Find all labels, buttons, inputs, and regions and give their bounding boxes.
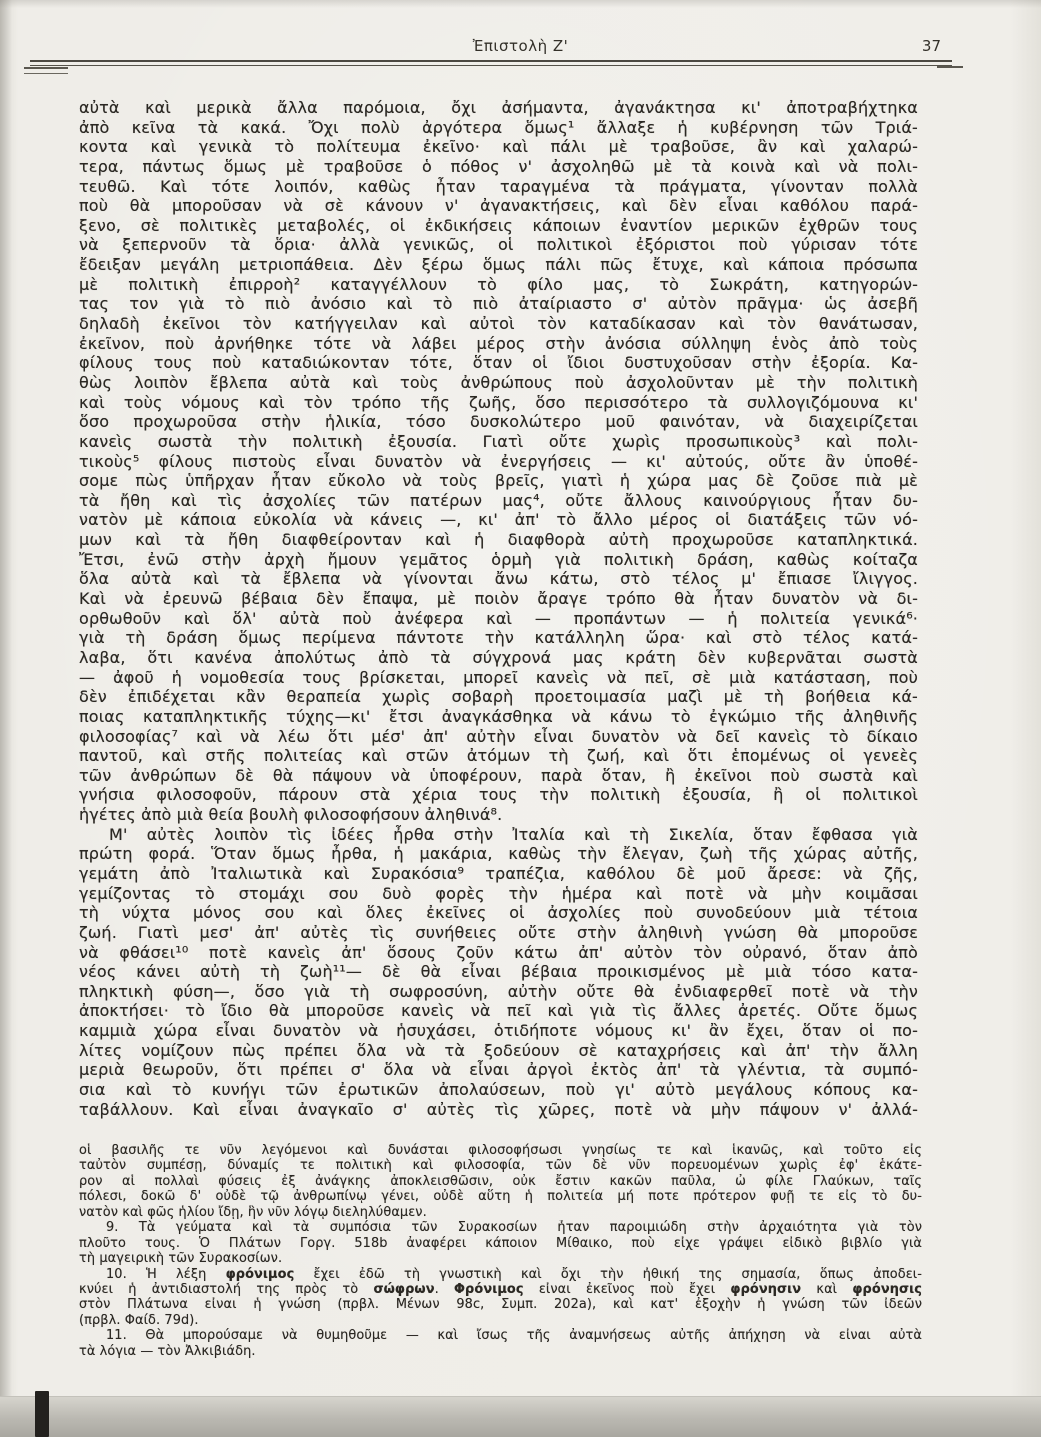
text-line: σομε πὼς ὑπῆρχαν ἦταν εὔκολο νὰ τοὺς βρε… bbox=[79, 471, 918, 491]
text-line: ἡγέτες ἀπὸ μιὰ θεία βουλὴ φιλοσοφήσουν ἀ… bbox=[79, 805, 918, 825]
text-line: ἀποκτήσει· τὸ ἴδιο θὰ μποροῦσε κανεὶς νὰ… bbox=[79, 1001, 918, 1021]
text-line: τὴ νύχτα μόνος σου καὶ ὅλες ἐκεῖνες οἱ ἀ… bbox=[79, 903, 918, 923]
text-line: μεριὰ θεωροῦν, ὅτι πρέπει σ' ὅλα νὰ εἶνα… bbox=[79, 1060, 918, 1080]
text-line: αὐτὰ καὶ μερικὰ ἄλλα παρόμοια, ὄχι ἀσήμα… bbox=[79, 98, 918, 118]
text-line: 11. Θὰ μπορούσαμε νὰ θυμηθοῦμε — καὶ ἴσω… bbox=[79, 1328, 922, 1343]
text-line: ταὐτὸν συμπέσῃ, δύναμίς τε πολιτικὴ καὶ … bbox=[79, 1158, 922, 1173]
text-line: σια καὶ τὸ κυνήγι τῶν ἐρωτικῶν ἀπολαύσεω… bbox=[79, 1080, 918, 1100]
text-line: 10. Ἡ λέξη φρόνιμος ἔχει ἐδῶ τὴ γνωστικὴ… bbox=[79, 1267, 922, 1282]
text-line: κνύει ἡ ἀντιδιαστολή της πρὸς τὸ σώφρων.… bbox=[79, 1282, 922, 1297]
text-line: παντοῦ, καὶ στῆς πολιτείας καὶ στῶν ἀτόμ… bbox=[79, 746, 918, 766]
text-line: 9. Τὰ γεύματα καὶ τὰ συμπόσια τῶν Συρακο… bbox=[79, 1220, 922, 1235]
text-line: ρον αἱ πολλαὶ φύσεις ἐξ ἀνάγκης ἀποκλεισ… bbox=[79, 1174, 922, 1189]
scan-left-shadow bbox=[0, 0, 12, 1437]
text-line: γεμίζοντας τὸ στομάχι σου δυὸ φορὲς τὴν … bbox=[79, 884, 918, 904]
text-line: (πρβλ. Φαίδ. 79d). bbox=[79, 1313, 922, 1328]
text-line: ορθωθοῦν καὶ ὅλ' αὐτὰ ποὺ ἀνέφερα καὶ — … bbox=[79, 609, 918, 629]
text-line: γνήσια φιλοσοφοῦν, πάρουν στὰ χέρια τους… bbox=[79, 785, 918, 805]
text-line: — ἀφοῦ ἡ νομοθεσία τους βρίσκεται, μπορε… bbox=[79, 668, 918, 688]
text-line: τὰ λόγια — τὸν Ἀλκιβιάδη. bbox=[79, 1344, 922, 1359]
text-line: στὸν Πλάτωνα εἶναι ἡ γνώση (πρβλ. Μένων … bbox=[79, 1297, 922, 1312]
text-line: πόλεσι, δοκῶ δ' οὐδὲ τῷ ἀνθρωπίνῳ γένει,… bbox=[79, 1189, 922, 1204]
text-line: Ἔτσι, ἐνῶ στὴν ἀρχὴ ἤμουν γεμᾶτος ὁρμὴ γ… bbox=[79, 550, 918, 570]
text-line: οἱ βασιλῆς τε νῦν λεγόμενοι καὶ δυνάσται… bbox=[79, 1143, 922, 1158]
text-line: κοντα καὶ γενικὰ τὸ πολίτευμα ἐκεῖνο· κα… bbox=[79, 137, 918, 157]
scanned-book-page: Ἐπιστολὴ Ζ' 37 αὐτὰ καὶ μερικὰ ἄλλα παρό… bbox=[0, 0, 1041, 1437]
scan-top-shadow bbox=[0, 0, 1041, 8]
text-line: δὲν ἐπιδέχεται κἂν θεραπεία χωρὶς σοβαρὴ… bbox=[79, 687, 918, 707]
text-line: Μ' αὐτὲς λοιπὸν τὶς ἰδέες ἦρθα στὴν Ἰταλ… bbox=[79, 825, 918, 845]
text-line: πλοῦτο τους. Ὁ Πλάτων Γοργ. 518b ἀναφέρε… bbox=[79, 1236, 922, 1251]
text-line: νέος κάνει αὐτὴ τὴ ζωὴ¹¹— δὲ θὰ εἶναι βέ… bbox=[79, 962, 918, 982]
text-line: πρώτη φορά. Ὅταν ὅμως ἦρθα, ἡ μακάρια, κ… bbox=[79, 844, 918, 864]
text-line: λίτες νομίζουν πὼς πρέπει ὅλα νὰ τὰ ξοδε… bbox=[79, 1041, 918, 1061]
header-rule-left-tick bbox=[24, 67, 68, 74]
scan-bottom-band bbox=[0, 1396, 1041, 1437]
text-line: τὴ μαγειρικὴ τῶν Συρακοσίων. bbox=[79, 1251, 922, 1266]
page-number: 37 bbox=[922, 37, 941, 55]
text-line: καὶ τοὺς νόμους καὶ τὸν τρόπο τῆς ζωῆς, … bbox=[79, 393, 918, 413]
text-line: ἀπὸ κεῖνα τὰ κακά. Ὄχι πολὺ ἀργότερα ὅμω… bbox=[79, 118, 918, 138]
text-line: τῶν ἀνθρώπων δὲ θὰ πάψουν νὰ ὑποφέρουν, … bbox=[79, 766, 918, 786]
text-line: πληκτικὴ φύση—, ὅσο γιὰ τὴ σωφροσύνη, αὐ… bbox=[79, 982, 918, 1002]
text-line: μων καὶ τὰ ἤθη διαφθείρονταν καὶ ἡ διαφθ… bbox=[79, 530, 918, 550]
text-line: ἔδειξαν μεγάλη μετριοπάθεια. Δὲν ξέρω ὅμ… bbox=[79, 255, 918, 275]
text-line: νατὸν μὲ κάποια εὐκολία νὰ κάνεις —, κι'… bbox=[79, 510, 918, 530]
text-line: μὲ πολιτικὴ ἐπιρροὴ² καταγγέλλουν τὸ φίλ… bbox=[79, 275, 918, 295]
text-line: Καὶ νὰ ἐρευνῶ βέβαια δὲν ἔπαψα, μὲ ποιὸν… bbox=[79, 589, 918, 609]
text-line: τὰ ἤθη καὶ τὶς ἀσχολίες τῶν πατέρων μας⁴… bbox=[79, 491, 918, 511]
text-line: φιλοσοφίας⁷ καὶ νὰ λέω ὅτι μέσ' ἀπ' αὐτὴ… bbox=[79, 727, 918, 747]
text-line: τερα, πάντως ὅμως μὲ τραβοῦσε ὁ πόθος ν'… bbox=[79, 157, 918, 177]
footnotes-block: οἱ βασιλῆς τε νῦν λεγόμενοι καὶ δυνάσται… bbox=[79, 1143, 922, 1359]
text-line: ξενο, σὲ πολιτικὲς μεταβολές, οἱ ἐκδικήσ… bbox=[79, 216, 918, 236]
text-line: θὼς λοιπὸν ἔβλεπα αὐτὰ καὶ τοὺς ἀνθρώπου… bbox=[79, 373, 918, 393]
text-line: κανεὶς σωστὰ τὴν πολιτικὴ ἐξουσία. Γιατὶ… bbox=[79, 432, 918, 452]
text-line: δηλαδὴ ἐκεῖνοι τὸν κατήγγειλαν καὶ αὐτοὶ… bbox=[79, 314, 918, 334]
header-rule bbox=[30, 60, 952, 66]
text-line: γεμάτη ἀπὸ Ἰταλιωτικὰ καὶ Συρακόσια⁹ τρα… bbox=[79, 864, 918, 884]
text-line: ἐκεῖνον, ποὺ ἀρνήθηκε τότε νὰ λάβει μέρο… bbox=[79, 334, 918, 354]
text-line: νὰ φθάσει¹⁰ ποτὲ κανεὶς ἀπ' ὅσους ζοῦν κ… bbox=[79, 943, 918, 963]
text-line: λαβα, ὅτι κανένα ἀπολύτως ἀπὸ τὰ σύγχρον… bbox=[79, 648, 918, 668]
text-line: νὰ ξεπερνοῦν τὰ ὅρια· ἀλλὰ γενικῶς, οἱ π… bbox=[79, 235, 918, 255]
text-line: τικοὺς⁵ φίλους πιστοὺς εἶναι δυνατὸν νὰ … bbox=[79, 452, 918, 472]
text-line: ὅλα αὐτὰ καὶ τὰ ἔβλεπα νὰ γίνονται ἄνω κ… bbox=[79, 569, 918, 589]
header-rule-right-tick bbox=[937, 66, 963, 71]
text-line: τευθῶ. Καὶ τότε λοιπόν, καθὼς ἦταν ταραγ… bbox=[79, 177, 918, 197]
scan-bottom-mark bbox=[35, 1391, 49, 1437]
text-line: τας τον γιὰ τὸ πιὸ ἀνόσιο καὶ τὸ πιὸ ἀτα… bbox=[79, 294, 918, 314]
text-line: ποὺ θὰ μποροῦσαν νὰ σὲ κάνουν ν' ἀγανακτ… bbox=[79, 196, 918, 216]
running-header-title: Ἐπιστολὴ Ζ' bbox=[0, 37, 1041, 55]
text-line: ὅσο προχωροῦσα στὴν ἡλικία, τόσο δυσκολώ… bbox=[79, 412, 918, 432]
text-line: νατὸν καὶ φῶς ἡλίου ἴδῃ, ἣν νῦν λόγῳ διε… bbox=[79, 1205, 922, 1220]
text-line: καμμιὰ χώρα εἶναι δυνατὸν νὰ ἡσυχάσει, ὁ… bbox=[79, 1021, 918, 1041]
text-line: γιὰ τὴ δράση ὅμως περίμενα πάντοτε τὴν κ… bbox=[79, 628, 918, 648]
body-text: αὐτὰ καὶ μερικὰ ἄλλα παρόμοια, ὄχι ἀσήμα… bbox=[79, 98, 918, 1119]
text-line: ποιας καταπληκτικῆς τύχης—κι' ἔτσι ἀναγκ… bbox=[79, 707, 918, 727]
text-line: φίλους τους ποὺ καταδιώκονταν τότε, ὅταν… bbox=[79, 353, 918, 373]
text-line: ταβάλλουν. Καὶ εἶναι ἀναγκαῖο σ' αὐτὲς τ… bbox=[79, 1100, 918, 1120]
text-line: ζωή. Γιατὶ μεσ' ἀπ' αὐτὲς τὶς συνήθειες … bbox=[79, 923, 918, 943]
